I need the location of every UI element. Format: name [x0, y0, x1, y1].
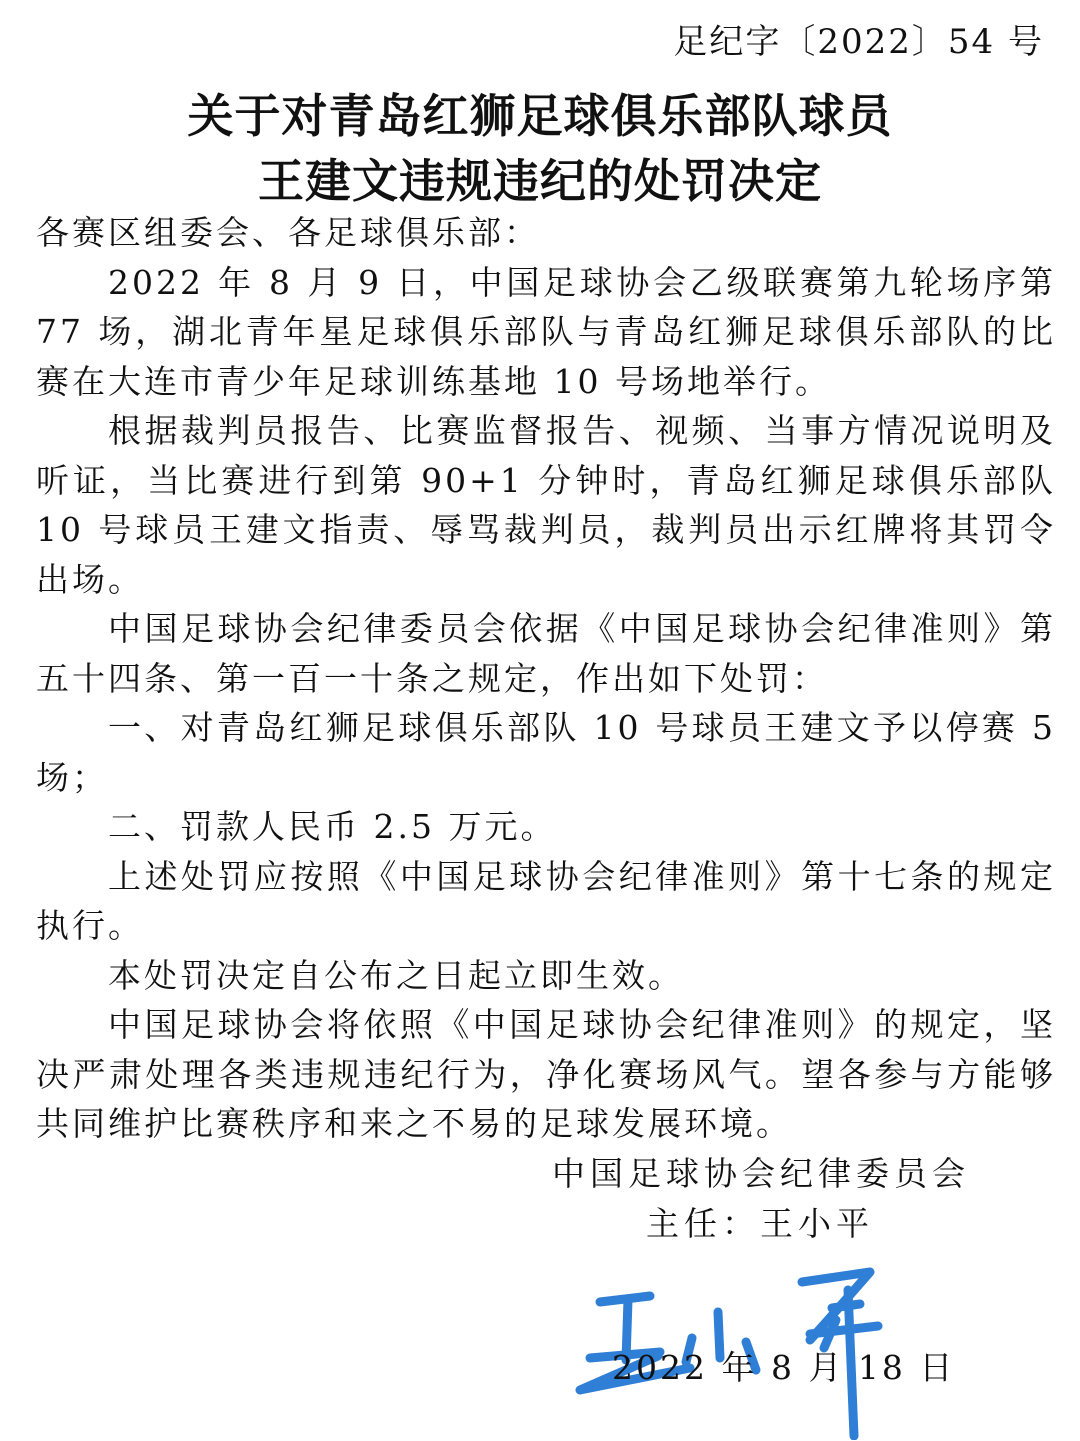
document-body: 各赛区组委会、各足球俱乐部： 2022 年 8 月 9 日，中国足球协会乙级联赛… [36, 208, 1056, 1149]
salutation: 各赛区组委会、各足球俱乐部： [36, 208, 1056, 258]
paragraph-match-info: 2022 年 8 月 9 日，中国足球协会乙级联赛第九轮场序第 77 场，湖北青… [36, 258, 1056, 407]
paragraph-closing: 中国足球协会将依照《中国足球协会纪律准则》的规定，坚决严肃处理各类违规违纪行为，… [36, 1000, 1056, 1149]
director-name: 主任：王小平 [646, 1198, 874, 1245]
penalty-item-1: 一、对青岛红狮足球俱乐部队 10 号球员王建文予以停赛 5 场； [36, 703, 1056, 802]
issue-date: 2022 年 8 月 18 日 [612, 1342, 955, 1389]
title-line-2: 王建文违规违纪的处罚决定 [0, 145, 1080, 211]
penalty-item-2: 二、罚款人民币 2.5 万元。 [36, 802, 1056, 852]
paragraph-incident: 根据裁判员报告、比赛监督报告、视频、当事方情况说明及听证，当比赛进行到第 90+… [36, 406, 1056, 604]
issuing-organization: 中国足球协会纪律委员会 [552, 1148, 970, 1195]
paragraph-execution: 上述处罚应按照《中国足球协会纪律准则》第十七条的规定执行。 [36, 852, 1056, 951]
title-line-1: 关于对青岛红狮足球俱乐部队球员 [0, 80, 1080, 146]
paragraph-effective: 本处罚决定自公布之日起立即生效。 [36, 951, 1056, 1001]
paragraph-basis: 中国足球协会纪律委员会依据《中国足球协会纪律准则》第五十四条、第一百一十条之规定… [36, 604, 1056, 703]
doc-number: 足纪字〔2022〕54 号 [673, 14, 1044, 63]
